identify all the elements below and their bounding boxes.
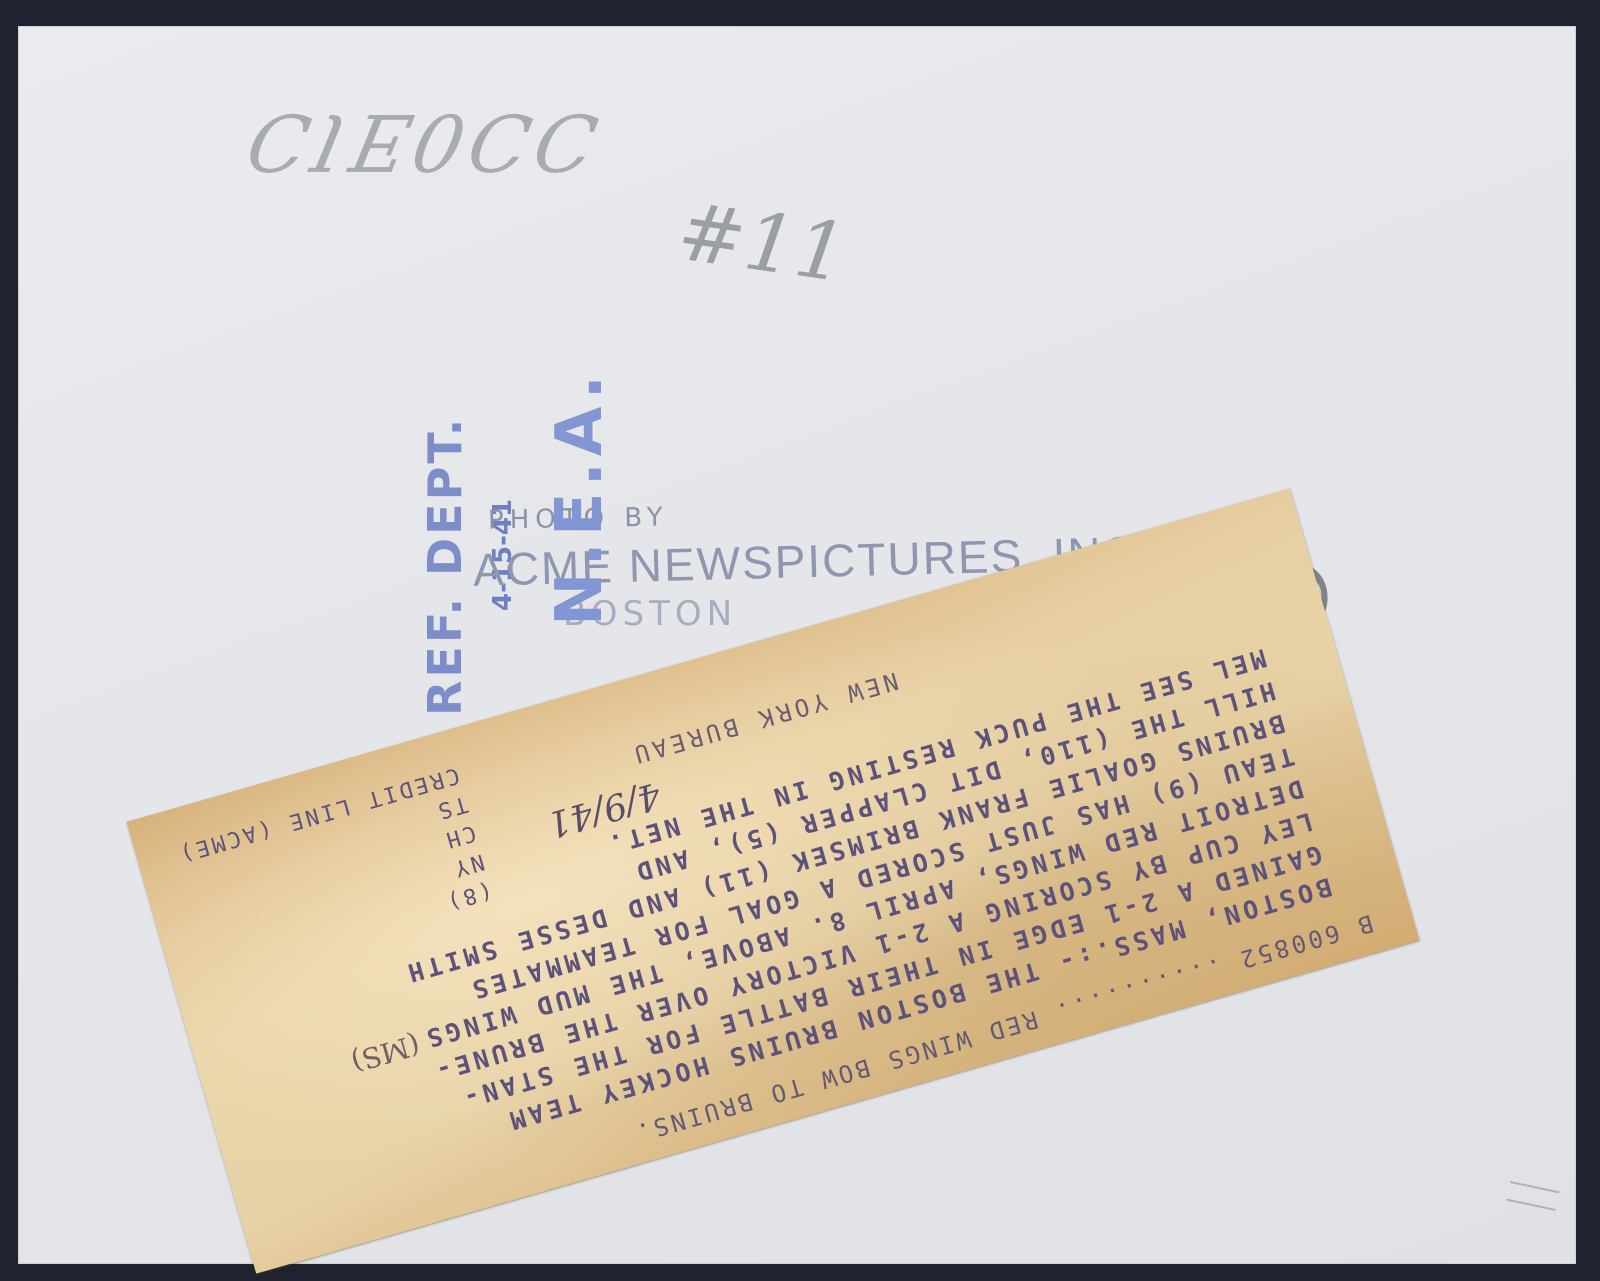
pencil-item-number: #11 xyxy=(672,185,852,301)
pencil-corner-mark xyxy=(1506,1181,1559,1211)
pencil-catalog-code: ƆƆ0ƎƖƆ xyxy=(233,96,605,186)
caption-slip: B 600852 .......... RED WINGS BOW TO BRU… xyxy=(127,488,1420,1273)
photo-back: ƆƆ0ƎƖƆ #11 ՈՇ1 REF. DEPT. 4-15-41 PHOTO … xyxy=(18,26,1576,1264)
nea-stamp: N.E.A. xyxy=(543,369,617,626)
ref-dept-stamp: REF. DEPT. xyxy=(418,416,472,716)
slip-initials: (MS) xyxy=(347,1027,423,1078)
